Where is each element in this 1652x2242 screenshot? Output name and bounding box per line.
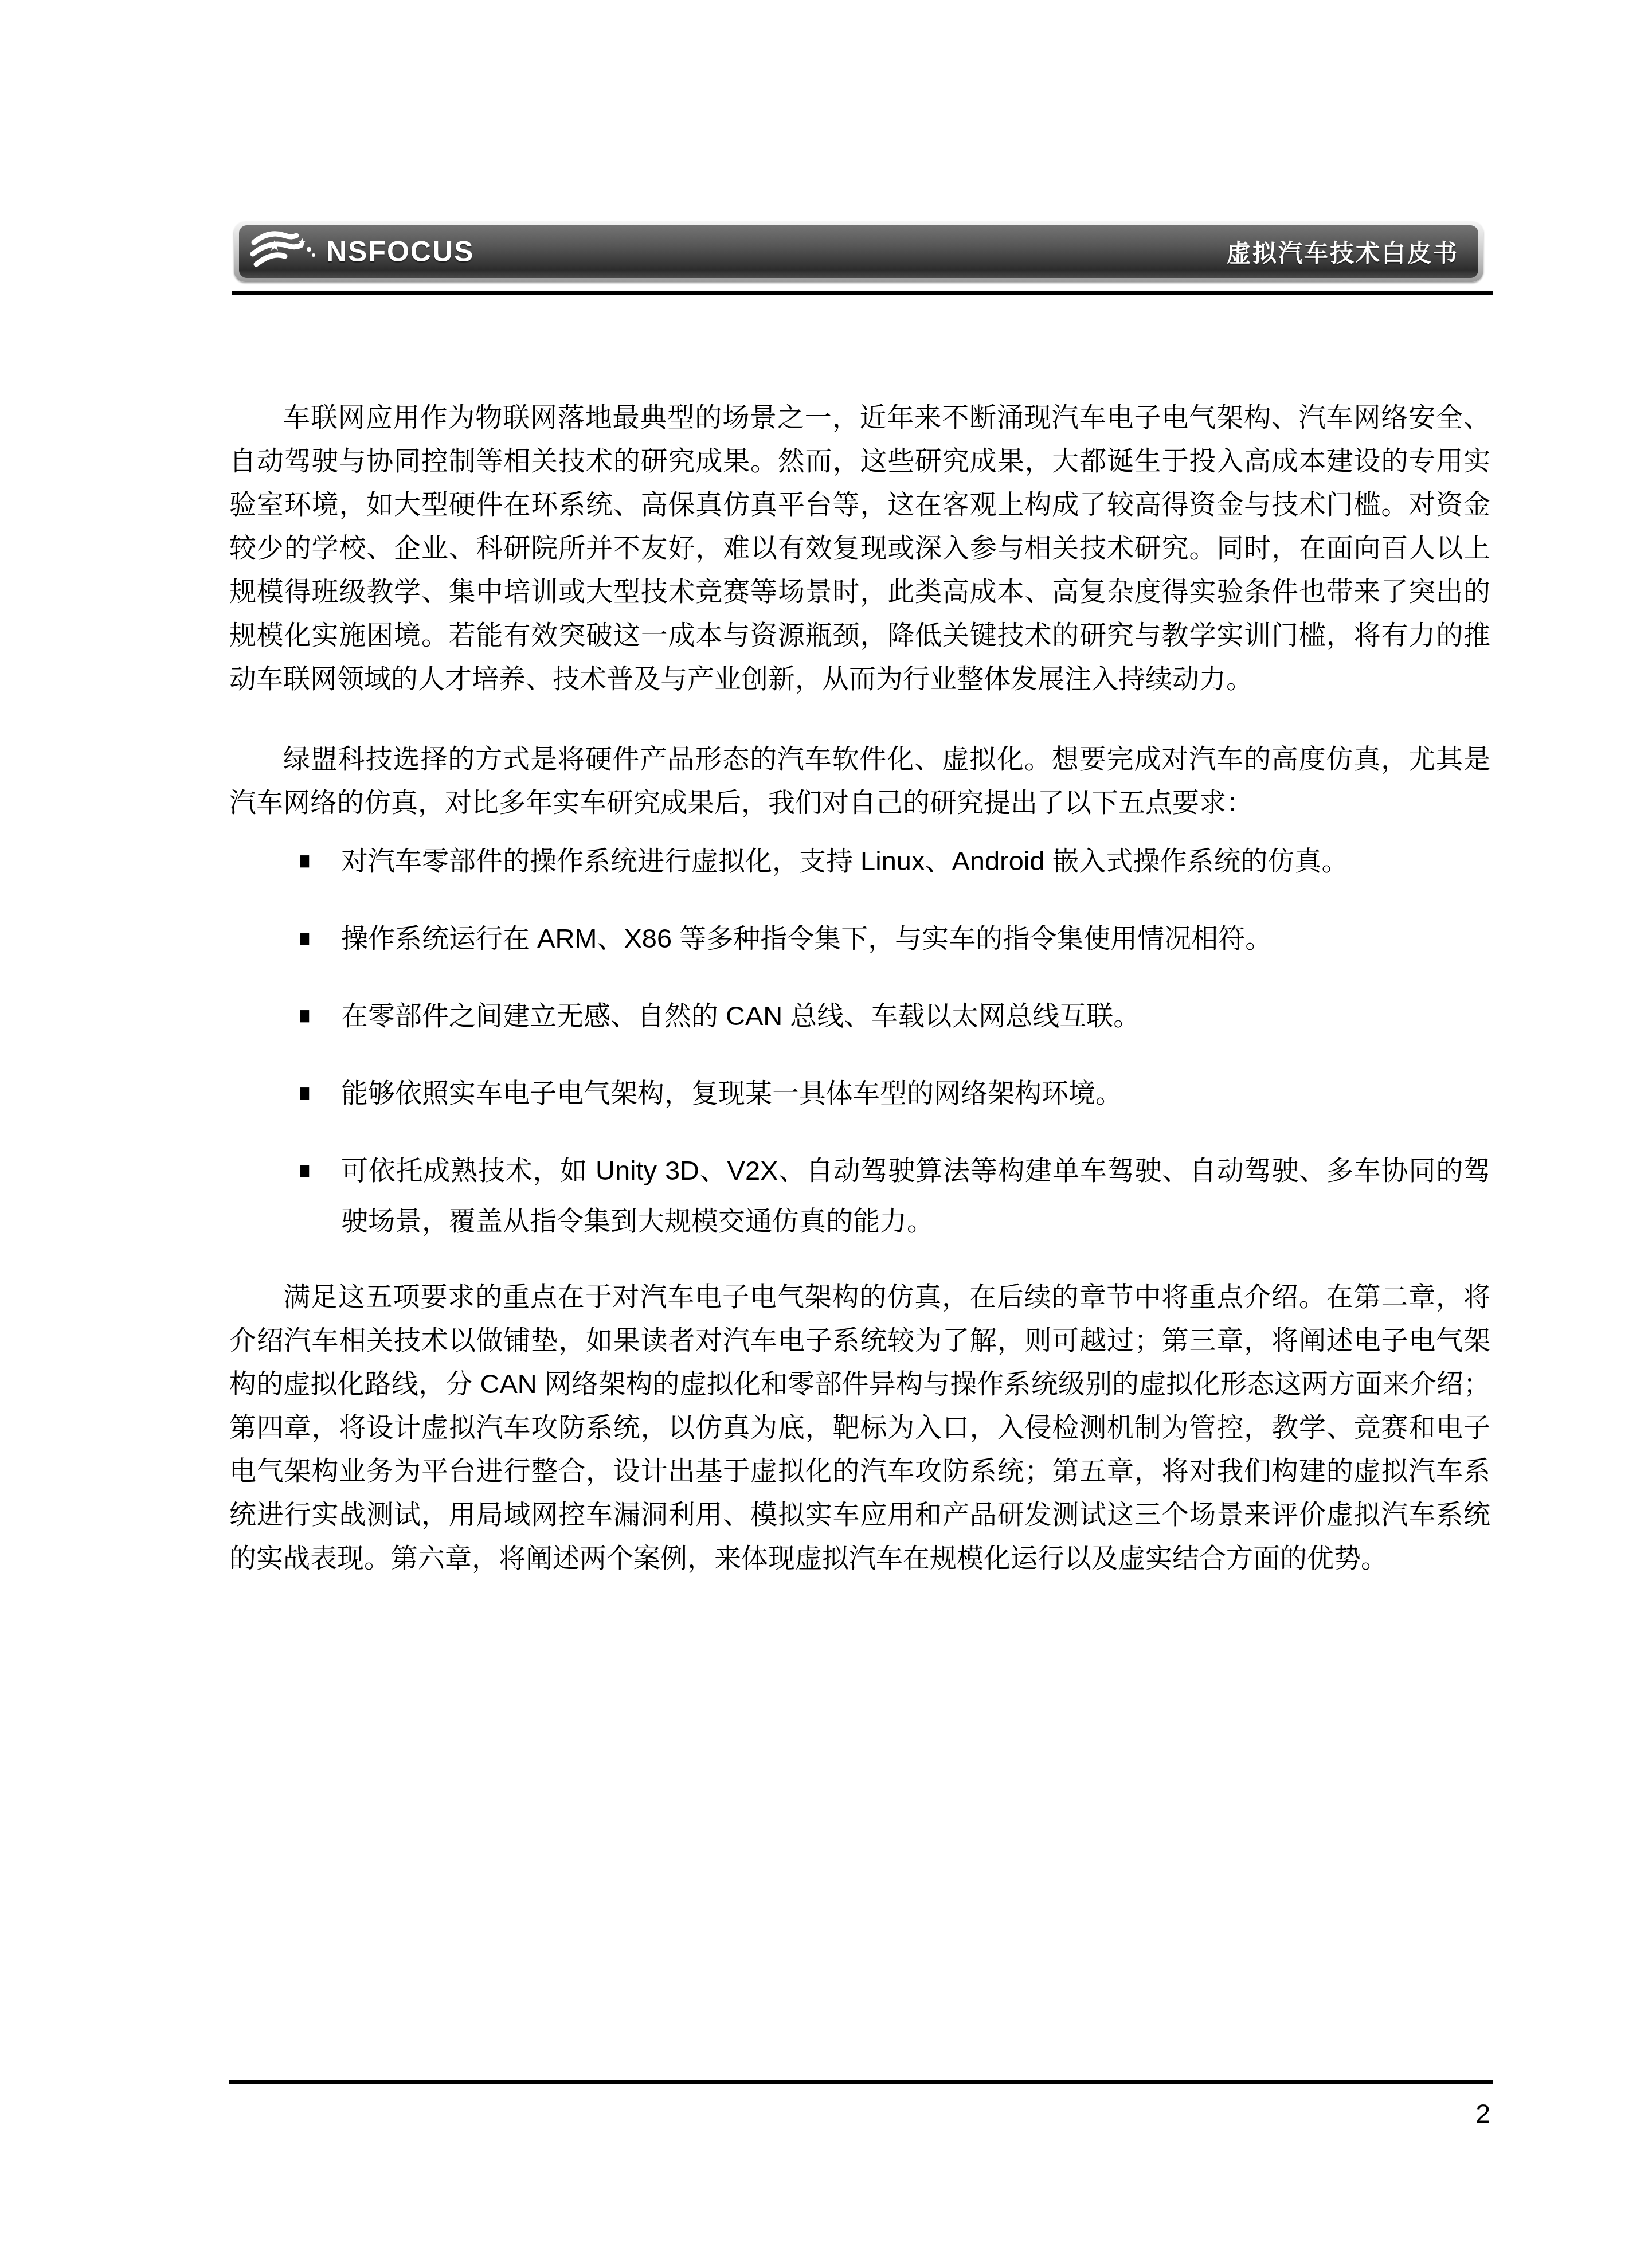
square-bullet-icon: ■: [299, 1145, 310, 1196]
list-item-text: 在零部件之间建立无感、自然的 CAN 总线、车载以太网总线互联。: [341, 1000, 1140, 1031]
page-header-bar-inner: NSFOCUS 虚拟汽车技术白皮书: [239, 225, 1478, 278]
whitepaper-page: NSFOCUS 虚拟汽车技术白皮书 车联网应用作为物联网落地最典型的场景之一，近…: [0, 0, 1652, 2242]
square-bullet-icon: ■: [299, 991, 310, 1041]
header-divider-line: [232, 291, 1493, 295]
list-item: ■ 操作系统运行在 ARM、X86 等多种指令集下，与实车的指令集使用情况相符。: [341, 913, 1490, 964]
document-body: 车联网应用作为物联网落地最典型的场景之一，近年来不断涌现汽车电子电气架构、汽车网…: [229, 396, 1490, 1580]
requirements-list: ■ 对汽车零部件的操作系统进行虚拟化，支持 Linux、Android 嵌入式操…: [229, 836, 1490, 1246]
list-item: ■ 可依托成熟技术，如 Unity 3D、V2X、自动驾驶算法等构建单车驾驶、自…: [341, 1145, 1490, 1246]
footer-divider-line: [229, 2080, 1493, 2084]
list-item-text: 操作系统运行在 ARM、X86 等多种指令集下，与实车的指令集使用情况相符。: [341, 923, 1272, 953]
list-item-text: 可依托成熟技术，如 Unity 3D、V2X、自动驾驶算法等构建单车驾驶、自动驾…: [341, 1155, 1490, 1236]
page-number: 2: [1475, 2098, 1490, 2129]
header-document-title: 虚拟汽车技术白皮书: [1227, 234, 1459, 269]
nsfocus-flag-icon: [249, 228, 318, 276]
list-item: ■ 在零部件之间建立无感、自然的 CAN 总线、车载以太网总线互联。: [341, 991, 1490, 1041]
list-item: ■ 对汽车零部件的操作系统进行虚拟化，支持 Linux、Android 嵌入式操…: [341, 836, 1490, 886]
square-bullet-icon: ■: [299, 836, 310, 886]
nsfocus-logo: NSFOCUS: [249, 228, 474, 276]
list-item-text: 能够依照实车电子电气架构，复现某一具体车型的网络架构环境。: [341, 1078, 1122, 1108]
approach-paragraph: 绿盟科技选择的方式是将硬件产品形态的汽车软件化、虚拟化。想要完成对汽车的高度仿真…: [229, 737, 1490, 824]
nsfocus-logo-text: NSFOCUS: [326, 235, 474, 268]
square-bullet-icon: ■: [299, 1068, 310, 1118]
list-item-text: 对汽车零部件的操作系统进行虚拟化，支持 Linux、Android 嵌入式操作系…: [341, 846, 1348, 876]
list-item: ■ 能够依照实车电子电气架构，复现某一具体车型的网络架构环境。: [341, 1068, 1490, 1118]
intro-paragraph: 车联网应用作为物联网落地最典型的场景之一，近年来不断涌现汽车电子电气架构、汽车网…: [229, 396, 1490, 701]
page-header-bar: NSFOCUS 虚拟汽车技术白皮书: [234, 221, 1483, 282]
closing-paragraph: 满足这五项要求的重点在于对汽车电子电气架构的仿真，在后续的章节中将重点介绍。在第…: [229, 1275, 1490, 1580]
square-bullet-icon: ■: [299, 913, 310, 964]
